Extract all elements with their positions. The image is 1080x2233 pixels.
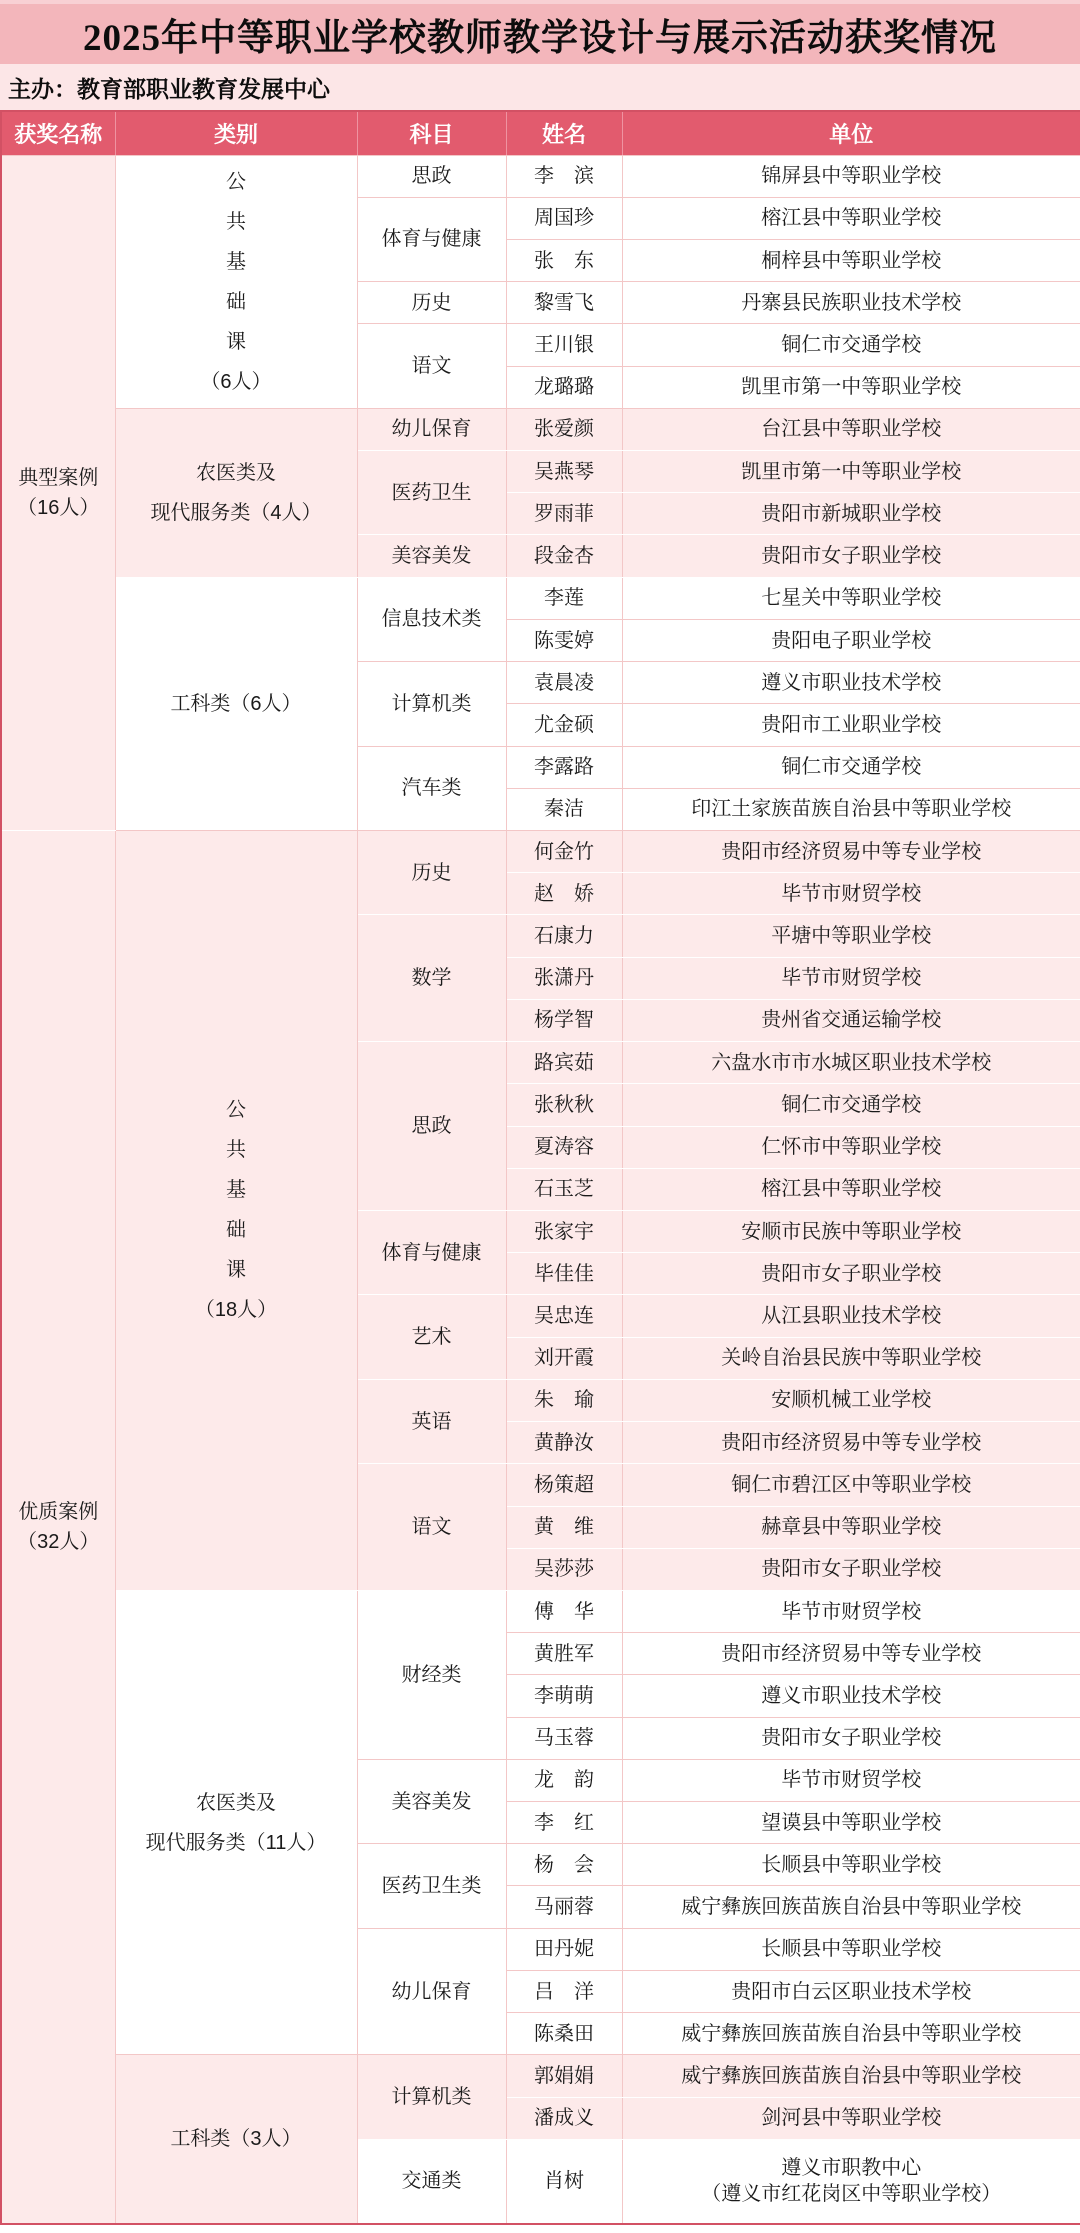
name-cell: 龙 韵 <box>506 1759 622 1801</box>
name-cell: 肖树 <box>506 2139 622 2224</box>
subject-cell: 英语 <box>357 1379 506 1463</box>
unit-cell: 安顺机械工业学校 <box>622 1379 1080 1421</box>
table-row: 农医类及现代服务类（11人）财经类傅 华毕节市财贸学校 <box>1 1590 1080 1632</box>
unit-cell: 六盘水市市水城区职业技术学校 <box>622 1042 1080 1084</box>
awards-table-body: 典型案例（16人）公共基础课（6人）思政李 滨锦屏县中等职业学校体育与健康周国珍… <box>1 155 1080 2224</box>
name-cell: 张爱颜 <box>506 408 622 450</box>
name-cell: 王川银 <box>506 324 622 366</box>
subject-cell: 数学 <box>357 915 506 1042</box>
table-row: 农医类及现代服务类（4人）幼儿保育张爱颜台江县中等职业学校 <box>1 408 1080 450</box>
unit-cell: 丹寨县民族职业技术学校 <box>622 282 1080 324</box>
table-row: 工科类（6人）信息技术类李莲七星关中等职业学校 <box>1 577 1080 619</box>
name-cell: 段金杏 <box>506 535 622 577</box>
name-cell: 秦洁 <box>506 788 622 830</box>
subject-cell: 计算机类 <box>357 2055 506 2139</box>
name-cell: 毕佳佳 <box>506 1253 622 1295</box>
name-cell: 黄静汝 <box>506 1422 622 1464</box>
subject-cell: 艺术 <box>357 1295 506 1379</box>
name-cell: 石玉芝 <box>506 1168 622 1210</box>
unit-cell: 毕节市财贸学校 <box>622 873 1080 915</box>
unit-cell: 遵义市职教中心（遵义市红花岗区中等职业学校） <box>622 2139 1080 2224</box>
name-cell: 刘开霞 <box>506 1337 622 1379</box>
unit-cell: 关岭自治县民族中等职业学校 <box>622 1337 1080 1379</box>
name-cell: 潘成义 <box>506 2097 622 2139</box>
unit-cell: 安顺市民族中等职业学校 <box>622 1210 1080 1252</box>
unit-cell: 贵阳市工业职业学校 <box>622 704 1080 746</box>
name-cell: 赵 娇 <box>506 873 622 915</box>
name-cell: 郭娟娟 <box>506 2055 622 2097</box>
awards-table: 获奖名称 类别 科目 姓名 单位 典型案例（16人）公共基础课（6人）思政李 滨… <box>0 110 1080 2225</box>
subject-cell: 语文 <box>357 1464 506 1591</box>
table-row: 优质案例（32人）公共基础课（18人）历史何金竹贵阳市经济贸易中等专业学校 <box>1 831 1080 873</box>
subject-cell: 语文 <box>357 324 506 408</box>
header-cell-unit: 单位 <box>622 111 1080 155</box>
name-cell: 朱 瑜 <box>506 1379 622 1421</box>
name-cell: 杨 会 <box>506 1844 622 1886</box>
unit-cell: 铜仁市交通学校 <box>622 746 1080 788</box>
header-cell-award-name: 获奖名称 <box>1 111 115 155</box>
unit-cell: 从江县职业技术学校 <box>622 1295 1080 1337</box>
subject-cell: 美容美发 <box>357 1759 506 1843</box>
unit-cell: 锦屏县中等职业学校 <box>622 155 1080 197</box>
header-cell-name: 姓名 <box>506 111 622 155</box>
unit-cell: 平塘中等职业学校 <box>622 915 1080 957</box>
subject-cell: 美容美发 <box>357 535 506 577</box>
unit-cell: 铜仁市交通学校 <box>622 1084 1080 1126</box>
award-cell: 典型案例（16人） <box>1 155 115 831</box>
name-cell: 吴忠连 <box>506 1295 622 1337</box>
unit-cell: 望谟县中等职业学校 <box>622 1802 1080 1844</box>
category-cell: 农医类及现代服务类（4人） <box>115 408 357 577</box>
award-cell: 优质案例（32人） <box>1 831 115 2225</box>
header-cell-subject: 科目 <box>357 111 506 155</box>
unit-cell: 凯里市第一中等职业学校 <box>622 451 1080 493</box>
unit-cell: 毕节市财贸学校 <box>622 1590 1080 1632</box>
subject-cell: 体育与健康 <box>357 1210 506 1294</box>
unit-cell: 威宁彝族回族苗族自治县中等职业学校 <box>622 1886 1080 1928</box>
unit-cell: 铜仁市交通学校 <box>622 324 1080 366</box>
unit-cell: 长顺县中等职业学校 <box>622 1928 1080 1970</box>
unit-cell: 剑河县中等职业学校 <box>622 2097 1080 2139</box>
name-cell: 夏涛容 <box>506 1126 622 1168</box>
name-cell: 李 红 <box>506 1802 622 1844</box>
name-cell: 马玉蓉 <box>506 1717 622 1759</box>
unit-cell: 榕江县中等职业学校 <box>622 1168 1080 1210</box>
name-cell: 陈雯婷 <box>506 619 622 661</box>
name-cell: 马丽蓉 <box>506 1886 622 1928</box>
subject-cell: 思政 <box>357 155 506 197</box>
subject-cell: 计算机类 <box>357 662 506 746</box>
table-row: 工科类（3人）计算机类郭娟娟威宁彝族回族苗族自治县中等职业学校 <box>1 2055 1080 2097</box>
name-cell: 黄胜军 <box>506 1633 622 1675</box>
subject-cell: 医药卫生类 <box>357 1844 506 1928</box>
name-cell: 杨学智 <box>506 999 622 1041</box>
subject-cell: 体育与健康 <box>357 197 506 281</box>
subject-cell: 思政 <box>357 1042 506 1211</box>
unit-cell: 贵阳市女子职业学校 <box>622 1717 1080 1759</box>
name-cell: 李莲 <box>506 577 622 619</box>
name-cell: 黎雪飞 <box>506 282 622 324</box>
unit-cell: 长顺县中等职业学校 <box>622 1844 1080 1886</box>
subject-cell: 幼儿保育 <box>357 408 506 450</box>
category-cell: 工科类（3人） <box>115 2055 357 2224</box>
unit-cell: 贵阳市女子职业学校 <box>622 1548 1080 1590</box>
page-title: 2025年中等职业学校教师教学设计与展示活动获奖情况 <box>83 7 997 61</box>
category-cell: 公共基础课（18人） <box>115 831 357 1591</box>
unit-cell: 毕节市财贸学校 <box>622 957 1080 999</box>
unit-cell: 贵阳市经济贸易中等专业学校 <box>622 831 1080 873</box>
unit-cell: 贵阳市女子职业学校 <box>622 535 1080 577</box>
name-cell: 吕 洋 <box>506 1970 622 2012</box>
subject-cell: 汽车类 <box>357 746 506 830</box>
unit-cell: 贵阳电子职业学校 <box>622 619 1080 661</box>
unit-cell: 凯里市第一中等职业学校 <box>622 366 1080 408</box>
name-cell: 张潇丹 <box>506 957 622 999</box>
unit-cell: 威宁彝族回族苗族自治县中等职业学校 <box>622 2013 1080 2055</box>
title-band: 2025年中等职业学校教师教学设计与展示活动获奖情况 <box>0 4 1080 64</box>
unit-cell: 桐梓县中等职业学校 <box>622 239 1080 281</box>
name-cell: 周国珍 <box>506 197 622 239</box>
name-cell: 路宾茹 <box>506 1042 622 1084</box>
subject-cell: 信息技术类 <box>357 577 506 661</box>
name-cell: 袁晨凌 <box>506 662 622 704</box>
name-cell: 尤金硕 <box>506 704 622 746</box>
name-cell: 罗雨菲 <box>506 493 622 535</box>
unit-cell: 威宁彝族回族苗族自治县中等职业学校 <box>622 2055 1080 2097</box>
name-cell: 吴燕琴 <box>506 451 622 493</box>
category-cell: 公共基础课（6人） <box>115 155 357 408</box>
table-row: 典型案例（16人）公共基础课（6人）思政李 滨锦屏县中等职业学校 <box>1 155 1080 197</box>
name-cell: 张 东 <box>506 239 622 281</box>
organizer-label: 主办：教育部职业教育发展中心 <box>8 71 330 104</box>
subject-cell: 幼儿保育 <box>357 1928 506 2055</box>
subject-cell: 财经类 <box>357 1590 506 1759</box>
unit-cell: 榕江县中等职业学校 <box>622 197 1080 239</box>
unit-cell: 贵阳市经济贸易中等专业学校 <box>622 1633 1080 1675</box>
name-cell: 李 滨 <box>506 155 622 197</box>
name-cell: 吴莎莎 <box>506 1548 622 1590</box>
unit-cell: 遵义市职业技术学校 <box>622 662 1080 704</box>
unit-cell: 贵阳市经济贸易中等专业学校 <box>622 1422 1080 1464</box>
subject-cell: 交通类 <box>357 2139 506 2224</box>
name-cell: 张家宇 <box>506 1210 622 1252</box>
unit-cell: 贵阳市女子职业学校 <box>622 1253 1080 1295</box>
subject-cell: 历史 <box>357 282 506 324</box>
subtitle-band: 主办：教育部职业教育发展中心 <box>0 64 1080 110</box>
header-cell-category: 类别 <box>115 111 357 155</box>
unit-cell: 铜仁市碧江区中等职业学校 <box>622 1464 1080 1506</box>
category-cell: 工科类（6人） <box>115 577 357 830</box>
unit-cell: 仁怀市中等职业学校 <box>622 1126 1080 1168</box>
category-cell: 农医类及现代服务类（11人） <box>115 1590 357 2054</box>
name-cell: 李露路 <box>506 746 622 788</box>
name-cell: 杨策超 <box>506 1464 622 1506</box>
subject-cell: 历史 <box>357 831 506 915</box>
unit-cell: 贵州省交通运输学校 <box>622 999 1080 1041</box>
name-cell: 傅 华 <box>506 1590 622 1632</box>
name-cell: 何金竹 <box>506 831 622 873</box>
unit-cell: 遵义市职业技术学校 <box>622 1675 1080 1717</box>
page: 2025年中等职业学校教师教学设计与展示活动获奖情况 主办：教育部职业教育发展中… <box>0 0 1080 2233</box>
name-cell: 龙璐璐 <box>506 366 622 408</box>
unit-cell: 赫章县中等职业学校 <box>622 1506 1080 1548</box>
unit-cell: 贵阳市新城职业学校 <box>622 493 1080 535</box>
name-cell: 石康力 <box>506 915 622 957</box>
unit-cell: 印江土家族苗族自治县中等职业学校 <box>622 788 1080 830</box>
unit-cell: 七星关中等职业学校 <box>622 577 1080 619</box>
name-cell: 黄 维 <box>506 1506 622 1548</box>
subject-cell: 医药卫生 <box>357 451 506 535</box>
name-cell: 李萌萌 <box>506 1675 622 1717</box>
header-row: 获奖名称 类别 科目 姓名 单位 <box>1 111 1080 155</box>
unit-cell: 毕节市财贸学校 <box>622 1759 1080 1801</box>
name-cell: 田丹妮 <box>506 1928 622 1970</box>
unit-cell: 台江县中等职业学校 <box>622 408 1080 450</box>
name-cell: 陈桑田 <box>506 2013 622 2055</box>
name-cell: 张秋秋 <box>506 1084 622 1126</box>
unit-cell: 贵阳市白云区职业技术学校 <box>622 1970 1080 2012</box>
